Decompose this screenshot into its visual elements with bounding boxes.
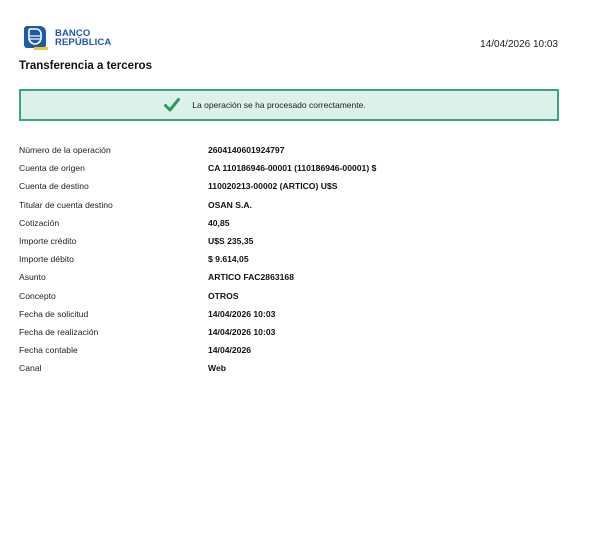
bank-name: BANCO REPÚBLICA (55, 29, 111, 47)
detail-label: Concepto (19, 291, 208, 301)
header-datetime: 14/04/2026 10:03 (480, 39, 558, 50)
detail-row: AsuntoARTICO FAC2863168 (19, 268, 376, 286)
page-title: Transferencia a terceros (19, 60, 152, 72)
bank-name-line2: REPÚBLICA (55, 38, 111, 47)
detail-value: CA 110186946-00001 (110186946-00001) $ (208, 163, 376, 173)
detail-row: Fecha contable14/04/2026 (19, 341, 376, 359)
detail-label: Importe crédito (19, 236, 208, 246)
detail-value: 14/04/2026 10:03 (208, 309, 275, 319)
detail-value: 110020213-00002 (ARTICO) U$S (208, 181, 337, 191)
success-banner: La operación se ha procesado correctamen… (19, 89, 559, 121)
detail-label: Cuenta de destino (19, 181, 208, 191)
detail-row: Importe créditoU$S 235,35 (19, 232, 376, 250)
detail-label: Canal (19, 363, 208, 373)
detail-label: Fecha contable (19, 345, 208, 355)
detail-value: OSAN S.A. (208, 200, 252, 210)
detail-value: Web (208, 363, 226, 373)
detail-row: Número de la operación2604140601924797 (19, 141, 376, 159)
success-message: La operación se ha procesado correctamen… (192, 100, 365, 110)
operation-details: Número de la operación2604140601924797Cu… (19, 141, 376, 377)
detail-label: Fecha de realización (19, 327, 208, 337)
detail-row: Importe débito$ 9.614,05 (19, 250, 376, 268)
bank-logo: BANCO REPÚBLICA (24, 26, 111, 50)
detail-row: Titular de cuenta destinoOSAN S.A. (19, 196, 376, 214)
detail-label: Cuenta de origen (19, 163, 208, 173)
detail-label: Titular de cuenta destino (19, 200, 208, 210)
detail-row: Cuenta de destino110020213-00002 (ARTICO… (19, 177, 376, 195)
detail-row: Cuenta de origenCA 110186946-00001 (1101… (19, 159, 376, 177)
detail-row: CanalWeb (19, 359, 376, 377)
detail-row: Cotización40,85 (19, 214, 376, 232)
receipt-page: BANCO REPÚBLICA 14/04/2026 10:03 Transfe… (0, 0, 592, 556)
detail-value: ARTICO FAC2863168 (208, 272, 294, 282)
detail-label: Fecha de solicitud (19, 309, 208, 319)
detail-value: $ 9.614,05 (208, 254, 249, 264)
detail-value: U$S 235,35 (208, 236, 253, 246)
detail-label: Importe débito (19, 254, 208, 264)
check-icon (164, 98, 180, 112)
bank-logo-icon (24, 26, 48, 50)
detail-value: OTROS (208, 291, 239, 301)
detail-value: 14/04/2026 (208, 345, 251, 355)
detail-value: 2604140601924797 (208, 145, 284, 155)
detail-value: 14/04/2026 10:03 (208, 327, 275, 337)
detail-row: Fecha de solicitud14/04/2026 10:03 (19, 305, 376, 323)
detail-label: Cotización (19, 218, 208, 228)
detail-row: ConceptoOTROS (19, 287, 376, 305)
detail-label: Número de la operación (19, 145, 208, 155)
detail-row: Fecha de realización14/04/2026 10:03 (19, 323, 376, 341)
detail-label: Asunto (19, 272, 208, 282)
detail-value: 40,85 (208, 218, 230, 228)
